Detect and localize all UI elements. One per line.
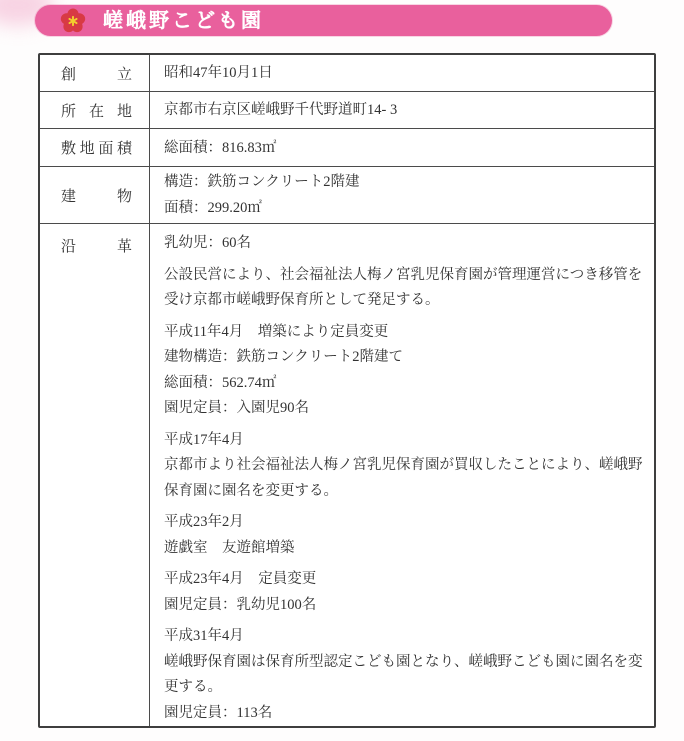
value-line: 昭和47年10月1日: [164, 60, 644, 86]
history-line: 園児定員：113名: [164, 701, 644, 727]
page-title: 嵯峨野こども園: [103, 11, 264, 31]
history-line: 総面積：562.74㎡: [164, 371, 644, 397]
row-label-text: 建 物: [61, 185, 132, 206]
history-line: 建物構造：鉄筋コンクリート2階建て: [164, 345, 644, 371]
row-label-text: 創 立: [61, 63, 132, 84]
history-line: 平成23年2月: [164, 510, 644, 536]
row-value-history: 乳幼児：60名 公設民営により、社会福祉法人梅ノ宮乳児保育園が管理運営につき移管…: [150, 224, 654, 726]
title-banner: 嵯峨野こども園: [35, 5, 612, 36]
history-line: 平成31年4月: [164, 624, 644, 650]
row-value-building: 構造：鉄筋コンクリート2階建 面積：299.20㎡: [150, 167, 654, 223]
history-line: 平成11年4月 増築により定員変更: [164, 320, 644, 346]
table-row-history: 沿 革 乳幼児：60名 公設民営により、社会福祉法人梅ノ宮乳児保育園が管理運営に…: [40, 224, 654, 726]
value-line: 構造：鉄筋コンクリート2階建: [164, 169, 644, 195]
row-label-site-area: 敷地面積: [40, 129, 150, 166]
row-label-text: 敷地面積: [61, 137, 132, 158]
row-label-building: 建 物: [40, 167, 150, 223]
value-line: 面積：299.20㎡: [164, 195, 644, 221]
row-label-founded: 創 立: [40, 55, 150, 91]
table-row-site-area: 敷地面積 総面積：816.83㎡: [40, 129, 654, 167]
history-line: 嵯峨野保育園は保育所型認定こども園となり、嵯峨野こども園に園名を変: [164, 650, 644, 676]
history-paragraph-founding: 公設民営により、社会福祉法人梅ノ宮乳児保育園が管理運営につき移管を 受け京都市嵯…: [164, 263, 644, 314]
history-paragraph-h23-apr: 平成23年4月 定員変更 園児定員：乳幼児100名: [164, 567, 644, 618]
table-row-founded: 創 立 昭和47年10月1日: [40, 55, 654, 92]
row-label-address: 所 在 地: [40, 92, 150, 128]
value-line: 総面積：816.83㎡: [164, 135, 644, 161]
history-line: 平成17年4月: [164, 428, 644, 454]
value-line: 京都市右京区嵯峨野千代野道町14- 3: [164, 97, 644, 123]
history-line: 京都市より社会福祉法人梅ノ宮乳児保育園が買収したことにより、嵯峨野: [164, 453, 644, 479]
row-label-text: 沿 革: [61, 235, 132, 256]
history-line: 保育園に園名を変更する。: [164, 479, 644, 505]
history-line: 遊戯室 友遊館増築: [164, 536, 644, 562]
row-value-address: 京都市右京区嵯峨野千代野道町14- 3: [150, 92, 654, 128]
table-row-building: 建 物 構造：鉄筋コンクリート2階建 面積：299.20㎡: [40, 167, 654, 224]
history-line: 平成23年4月 定員変更: [164, 567, 644, 593]
row-label-text: 所 在 地: [61, 100, 132, 121]
history-line: 乳幼児：60名: [164, 231, 644, 257]
history-paragraph-h17: 平成17年4月 京都市より社会福祉法人梅ノ宮乳児保育園が買収したことにより、嵯峨…: [164, 428, 644, 505]
history-paragraph-h31: 平成31年4月 嵯峨野保育園は保育所型認定こども園となり、嵯峨野こども園に園名を…: [164, 624, 644, 726]
history-line: 更する。: [164, 675, 644, 701]
plum-blossom-icon: [58, 6, 88, 36]
row-label-history: 沿 革: [40, 224, 150, 726]
table-row-address: 所 在 地 京都市右京区嵯峨野千代野道町14- 3: [40, 92, 654, 129]
history-paragraph-h11: 平成11年4月 増築により定員変更 建物構造：鉄筋コンクリート2階建て 総面積：…: [164, 320, 644, 422]
facility-info-table: 創 立 昭和47年10月1日 所 在 地 京都市右京区嵯峨野千代野道町14- 3…: [38, 53, 656, 728]
history-paragraph-capacity: 乳幼児：60名: [164, 231, 644, 257]
row-value-founded: 昭和47年10月1日: [150, 55, 654, 91]
history-paragraph-h23-feb: 平成23年2月 遊戯室 友遊館増築: [164, 510, 644, 561]
row-value-site-area: 総面積：816.83㎡: [150, 129, 654, 166]
history-line: 公設民営により、社会福祉法人梅ノ宮乳児保育園が管理運営につき移管を: [164, 263, 644, 289]
history-line: 園児定員：入園児90名: [164, 396, 644, 422]
history-line: 受け京都市嵯峨野保育所として発足する。: [164, 288, 644, 314]
history-line: 園児定員：乳幼児100名: [164, 593, 644, 619]
